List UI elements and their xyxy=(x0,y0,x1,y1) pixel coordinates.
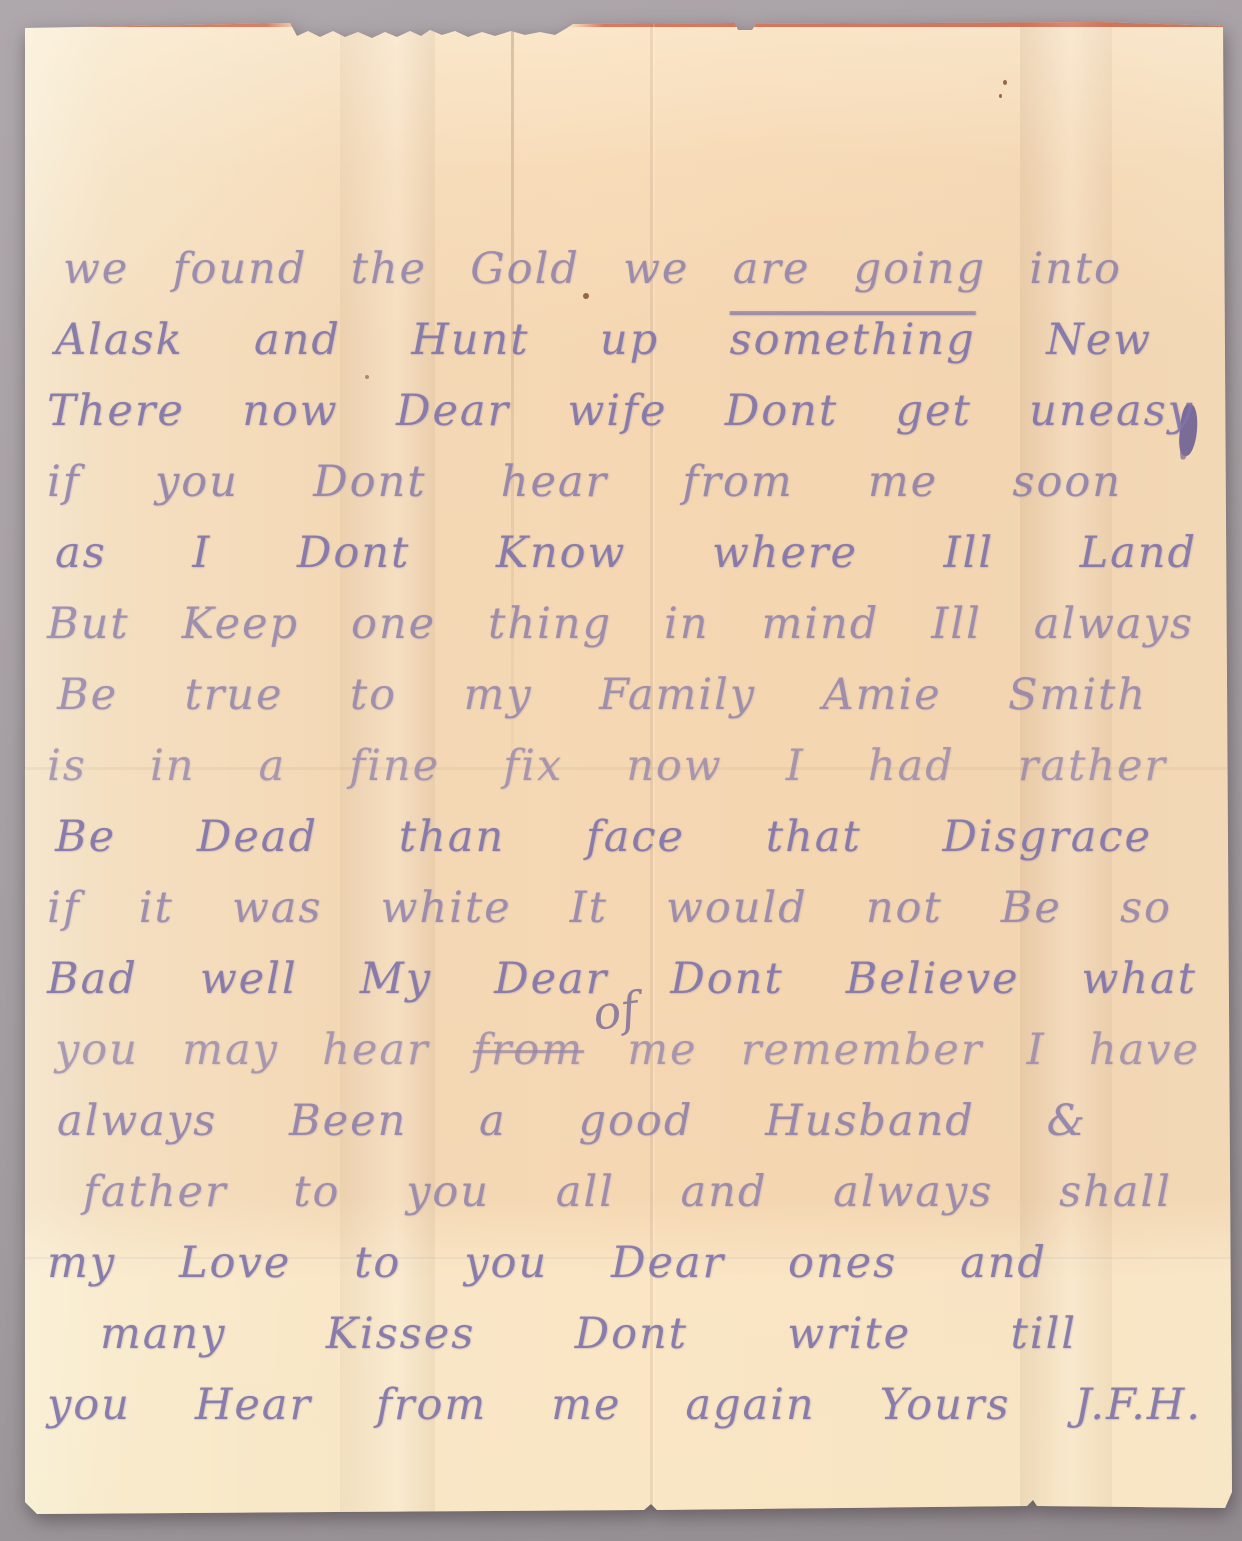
handwritten-word: my xyxy=(47,1238,116,1288)
letter-page: wefoundtheGoldwearegoingintoAlaskandHunt… xyxy=(25,22,1232,1516)
letter-line: BeDeadthanfacethatDisgrace xyxy=(45,812,1202,883)
handwritten-word: shall xyxy=(1059,1167,1172,1217)
handwritten-word: up xyxy=(600,315,659,365)
handwritten-word: me xyxy=(868,457,938,507)
handwritten-word: Dont xyxy=(297,528,410,578)
handwritten-word: Be xyxy=(57,670,118,720)
handwritten-word: I xyxy=(786,741,805,791)
letter-line: ifyouDonthearfrommesoon xyxy=(45,457,1202,528)
handwritten-word: again xyxy=(685,1380,815,1430)
handwritten-word: Amie xyxy=(823,670,942,720)
handwritten-word: in xyxy=(664,599,709,649)
handwritten-word: Dear xyxy=(611,1238,725,1288)
handwritten-word: may xyxy=(182,1025,279,1075)
handwritten-word: New xyxy=(1046,315,1152,365)
letter-line: BetruetomyFamilyAmieSmith xyxy=(45,670,1202,741)
handwritten-word: from xyxy=(682,457,793,507)
handwritten-word: had xyxy=(868,741,955,791)
handwritten-word: soon xyxy=(1012,457,1122,507)
handwritten-word: now xyxy=(626,741,722,791)
handwritten-word: Dont xyxy=(313,457,426,507)
handwritten-word: one xyxy=(351,599,436,649)
handwritten-word: something xyxy=(730,315,976,365)
handwritten-word: Dear xyxy=(396,386,510,436)
handwritten-word: and xyxy=(960,1238,1047,1288)
handwritten-word: thing xyxy=(488,599,612,649)
handwritten-word: Gold xyxy=(470,244,580,294)
handwritten-word: where xyxy=(712,528,858,578)
handwritten-word: Be xyxy=(1001,883,1062,933)
handwritten-word: what xyxy=(1082,954,1197,1004)
handwritten-word: It xyxy=(570,883,608,933)
handwritten-word: going xyxy=(854,244,986,294)
handwritten-word: Alask xyxy=(55,315,184,365)
handwritten-word: Keep xyxy=(182,599,299,649)
handwritten-word: all xyxy=(556,1167,615,1217)
letter-line: fathertoyouallandalwaysshall xyxy=(45,1167,1202,1238)
scan-background: { "page": { "background_color": "#a39da1… xyxy=(0,0,1242,1541)
handwritten-word: Ill xyxy=(943,528,994,578)
handwritten-word: a xyxy=(259,741,287,791)
letter-line: myLovetoyouDearonesand xyxy=(45,1238,1202,1309)
handwritten-word: wife xyxy=(567,386,667,436)
handwritten-word: Be xyxy=(55,812,116,862)
handwritten-word: if xyxy=(47,883,81,933)
handwritten-word: you xyxy=(406,1167,490,1217)
handwritten-word: Family xyxy=(599,670,756,720)
handwritten-word: than xyxy=(399,812,505,862)
handwritten-word: But xyxy=(47,599,130,649)
handwritten-word: you xyxy=(47,1380,131,1430)
handwritten-word: rather xyxy=(1018,741,1167,791)
handwritten-word: & xyxy=(1047,1096,1087,1146)
handwritten-word: always xyxy=(1034,599,1194,649)
handwritten-word: I xyxy=(1027,1025,1046,1075)
handwritten-word: Husband xyxy=(765,1096,975,1146)
handwritten-word: There xyxy=(47,386,185,436)
handwritten-word: true xyxy=(184,670,283,720)
handwritten-word: that xyxy=(766,812,862,862)
paper-speck xyxy=(1003,80,1007,85)
handwritten-word: Dont xyxy=(670,954,783,1004)
handwritten-word: you xyxy=(464,1238,548,1288)
paper-speck xyxy=(999,94,1002,98)
handwritten-word: well xyxy=(200,954,298,1004)
handwritten-word: remember xyxy=(741,1025,984,1075)
handwritten-word: now xyxy=(242,386,338,436)
handwritten-word: found xyxy=(173,244,308,294)
handwritten-word: face xyxy=(586,812,685,862)
handwritten-word: not xyxy=(866,883,943,933)
handwritten-word: many xyxy=(100,1309,226,1359)
handwritten-word: a xyxy=(479,1096,507,1146)
handwritten-word: we xyxy=(623,244,689,294)
handwritten-word: Bad xyxy=(47,954,138,1004)
handwritten-word: to xyxy=(293,1167,340,1217)
handwritten-word: is xyxy=(47,741,87,791)
letter-line: TherenowDearwifeDontgetuneasy xyxy=(45,386,1202,457)
handwritten-word: white xyxy=(381,883,512,933)
handwritten-word: are xyxy=(733,244,811,294)
handwritten-word: you xyxy=(55,1025,139,1075)
handwritten-word: till xyxy=(1010,1309,1077,1359)
handwritten-word: always xyxy=(833,1167,993,1217)
handwritten-word: uneasy xyxy=(1029,386,1194,436)
handwritten-word: My xyxy=(360,954,432,1004)
handwritten-word: good xyxy=(579,1096,694,1146)
handwritten-word: Disgrace xyxy=(942,812,1152,862)
letter-line: manyKissesDontwritetill xyxy=(45,1309,1202,1380)
red-paper-edge xyxy=(25,22,1232,27)
handwritten-word: ones xyxy=(788,1238,897,1288)
handwritten-word: hear xyxy=(322,1025,429,1075)
handwritten-word: mind xyxy=(761,599,879,649)
handwritten-word: to xyxy=(354,1238,401,1288)
letter-line: AlaskandHuntupsomethingNew xyxy=(45,315,1202,386)
letter-line: youHearfrommeagainYoursJ.F.H. xyxy=(45,1380,1202,1451)
handwritten-word: J.F.H. xyxy=(1074,1380,1202,1430)
handwritten-word: me xyxy=(551,1380,621,1430)
handwritten-word: to xyxy=(350,670,397,720)
handwritten-word: get xyxy=(895,386,971,436)
handwritten-word: father xyxy=(83,1167,228,1217)
handwritten-word: my xyxy=(463,670,532,720)
handwritten-word: in xyxy=(150,741,195,791)
letter-line: ifitwaswhiteItwouldnotBeso xyxy=(45,883,1202,954)
handwritten-word: Smith xyxy=(1008,670,1147,720)
letter-line: alwaysBeenagoodHusband& xyxy=(45,1096,1202,1167)
letter-line: wefoundtheGoldwearegoinginto xyxy=(45,244,1202,315)
handwritten-word: was xyxy=(232,883,323,933)
handwritten-word: it xyxy=(139,883,174,933)
handwritten-word: always xyxy=(57,1096,217,1146)
handwritten-word: I xyxy=(192,528,211,578)
handwritten-word: and xyxy=(681,1167,768,1217)
handwritten-word: fine xyxy=(349,741,440,791)
handwritten-word: Dead xyxy=(197,812,318,862)
handwritten-word: from xyxy=(473,1025,584,1075)
handwritten-word: if xyxy=(47,457,81,507)
handwritten-word: Know xyxy=(496,528,627,578)
handwritten-word: you xyxy=(155,457,239,507)
handwritten-word: fix xyxy=(503,741,563,791)
handwritten-word: hear xyxy=(501,457,608,507)
handwritten-word: so xyxy=(1120,883,1172,933)
handwritten-word: we xyxy=(63,244,129,294)
handwritten-word: Been xyxy=(289,1096,407,1146)
letter-scan: wefoundtheGoldwearegoingintoAlaskandHunt… xyxy=(0,0,1242,1541)
handwritten-word: Hear xyxy=(195,1380,312,1430)
handwritten-word: the xyxy=(351,244,427,294)
crossed-out-inserted-word: of xyxy=(589,981,641,1041)
handwritten-word: Love xyxy=(179,1238,291,1288)
handwritten-word: would xyxy=(666,883,808,933)
handwritten-word: Yours xyxy=(880,1380,1011,1430)
handwritten-word: Land xyxy=(1080,528,1197,578)
handwritten-word: into xyxy=(1029,244,1122,294)
handwritten-word: Dont xyxy=(575,1309,688,1359)
handwritten-word: Ill xyxy=(931,599,982,649)
handwritten-word: Hunt xyxy=(411,315,529,365)
letter-body: wefoundtheGoldwearegoingintoAlaskandHunt… xyxy=(45,244,1202,1451)
handwritten-word: have xyxy=(1089,1025,1200,1075)
letter-line: asIDontKnowwhereIllLand xyxy=(45,528,1202,599)
handwritten-word: from xyxy=(376,1380,487,1430)
handwritten-word: Dont xyxy=(725,386,838,436)
letter-line: isinafinefixnowIhadrather xyxy=(45,741,1202,812)
handwritten-word: and xyxy=(254,315,341,365)
letter-line: ButKeeponethinginmindIllalways xyxy=(45,599,1202,670)
handwritten-word: write xyxy=(787,1309,911,1359)
handwritten-word: Kisses xyxy=(326,1309,476,1359)
handwritten-word: as xyxy=(55,528,107,578)
handwritten-word: Believe xyxy=(846,954,1020,1004)
